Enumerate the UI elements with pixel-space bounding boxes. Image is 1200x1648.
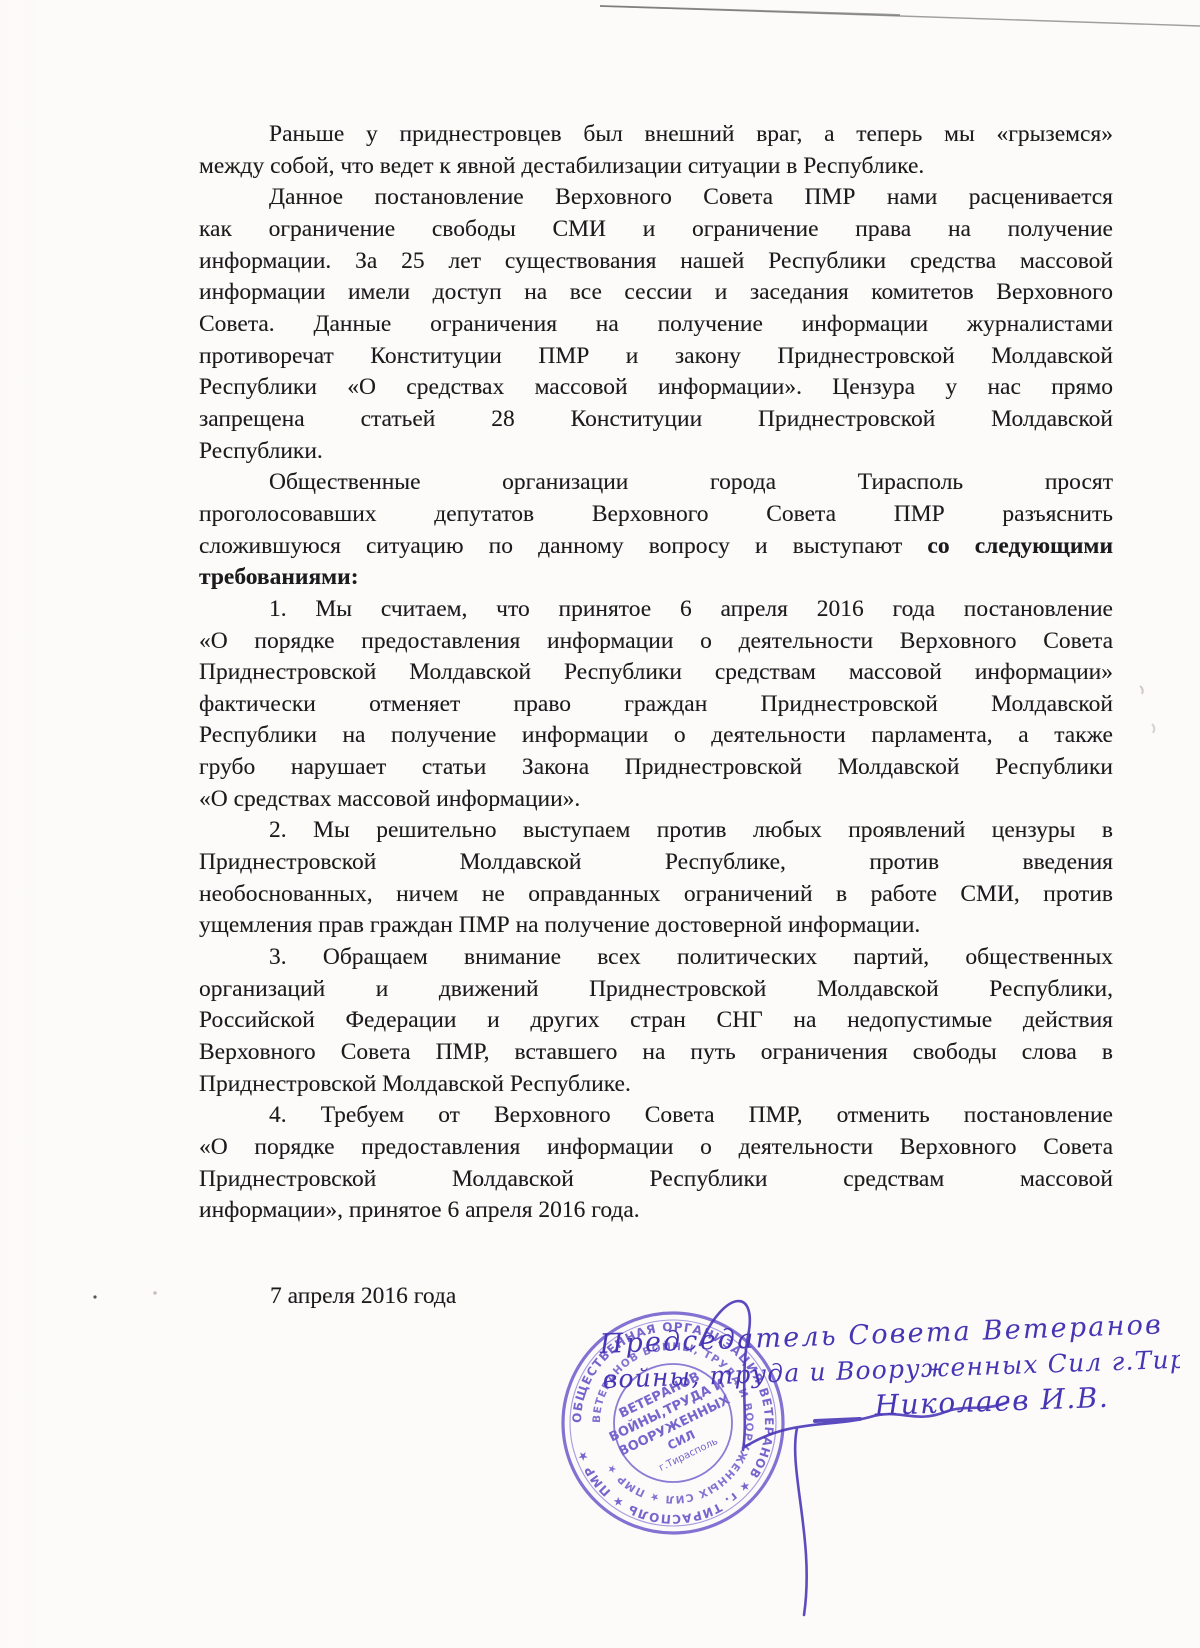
text-line: противоречат Конституции ПМР и закону Пр…	[199, 341, 1113, 373]
text-line: информации имели доступ на все сессии и …	[199, 277, 1113, 309]
text-line: между собой, что ведет к явной дестабили…	[199, 151, 1113, 183]
text-line: «О порядке предоставления информации о д…	[199, 626, 1113, 658]
text-line: сложившуюся ситуацию по данному вопросу …	[199, 531, 1113, 563]
text-line: Республики на получение информации о дея…	[199, 720, 1113, 752]
text-line: Раньше у приднестровцев был внешний враг…	[199, 119, 1113, 151]
text-line: требованиями:	[199, 562, 1113, 594]
scan-speck	[1140, 686, 1143, 694]
text-line: 1. Мы считаем, что принятое 6 апреля 201…	[199, 594, 1113, 626]
text-line: фактически отменяет право граждан Придне…	[199, 689, 1113, 721]
text-line: Республики «О средствах массовой информа…	[199, 372, 1113, 404]
text-line: Российской Федерации и других стран СНГ …	[199, 1005, 1113, 1037]
text-line: Приднестровской Молдавской Республике.	[199, 1069, 1113, 1101]
text-line: Совета. Данные ограничения на получение …	[199, 309, 1113, 341]
text-line: запрещена статьей 28 Конституции Приднес…	[199, 404, 1113, 436]
document-body: Раньше у приднестровцев был внешний враг…	[199, 119, 1113, 1227]
scan-speck	[1152, 724, 1154, 733]
scan-edge-line	[600, 6, 900, 15]
text-line: Республики.	[199, 436, 1113, 468]
text-line: как ограничение свободы СМИ и ограничени…	[199, 214, 1113, 246]
text-line: 2. Мы решительно выступаем против любых …	[199, 815, 1113, 847]
text-line: 3. Обращаем внимание всех политических п…	[199, 942, 1113, 974]
text-line: Приднестровской Молдавской Республики ср…	[199, 657, 1113, 689]
text-line: информации. За 25 лет существования наше…	[199, 246, 1113, 278]
scan-speck	[93, 1295, 96, 1298]
text-line: Данное постановление Верховного Совета П…	[199, 182, 1113, 214]
text-line: «О порядке предоставления информации о д…	[199, 1132, 1113, 1164]
scan-edge-line	[600, 6, 1200, 26]
text-line: Общественные организации города Тираспол…	[199, 467, 1113, 499]
stamp-and-signature: ОБЩЕСТВЕННАЯ ОРГАНИЗАЦИЯ ВЕТЕРАНОВ ★ г. …	[540, 1258, 1180, 1640]
text-line: необоснованных, ничем не оправданных огр…	[199, 879, 1113, 911]
text-line: проголосовавших депутатов Верховного Сов…	[199, 499, 1113, 531]
text-line: Приднестровской Молдавской Республики ср…	[199, 1164, 1113, 1196]
scanned-page: Раньше у приднестровцев был внешний враг…	[0, 0, 1200, 1648]
text-line: Верховного Совета ПМР, вставшего на путь…	[199, 1037, 1113, 1069]
text-line: ущемления прав граждан ПМР на получение …	[199, 910, 1113, 942]
date-line: 7 апреля 2016 года	[270, 1283, 456, 1310]
text-line: 4. Требуем от Верховного Совета ПМР, отм…	[199, 1100, 1113, 1132]
text-line: грубо нарушает статьи Закона Приднестров…	[199, 752, 1113, 784]
text-line: информации», принятое 6 апреля 2016 года…	[199, 1195, 1113, 1227]
scan-speck	[153, 1291, 157, 1295]
text-line: организаций и движений Приднестровской М…	[199, 974, 1113, 1006]
text-line: «О средствах массовой информации».	[199, 784, 1113, 816]
text-line: Приднестровской Молдавской Республике, п…	[199, 847, 1113, 879]
